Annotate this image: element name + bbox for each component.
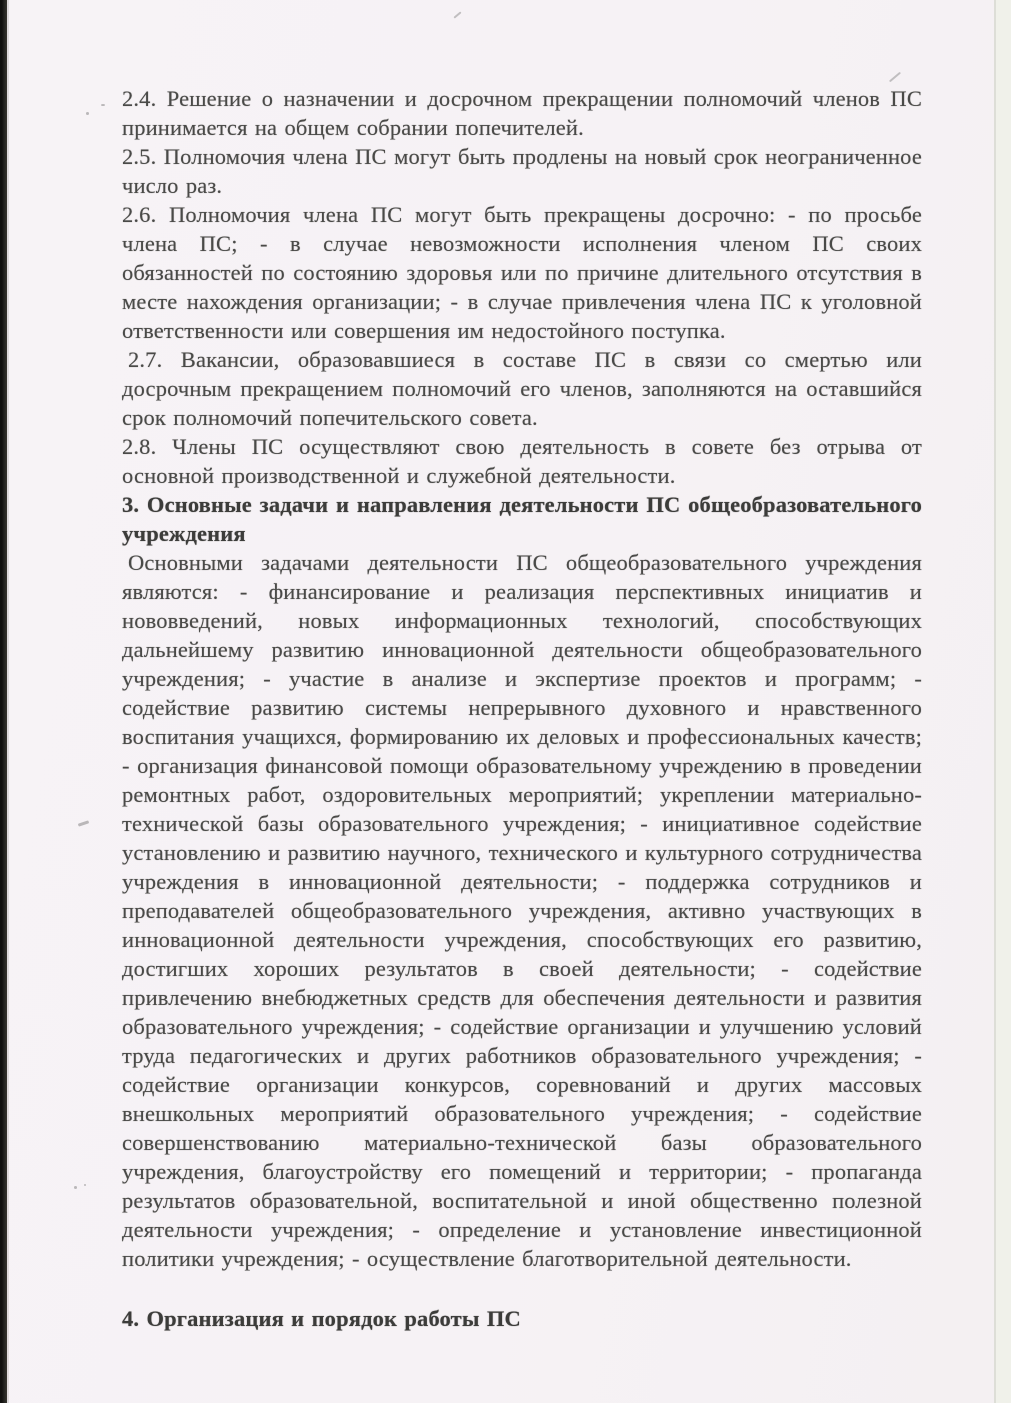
scan-right-margin: [996, 0, 1011, 1403]
paragraph-2-7: 2.7. Вакансии, образовавшиеся в составе …: [122, 345, 922, 432]
scan-artifact: [74, 1186, 77, 1189]
section-3-body: Основными задачами деятельности ПС общео…: [122, 548, 922, 1273]
scan-artifact: [453, 11, 461, 18]
document-text: 2.4. Решение о назначении и досрочном пр…: [122, 84, 922, 1333]
scan-artifact: [84, 1184, 86, 1186]
paragraph-2-5: 2.5. Полномочия члена ПС могут быть прод…: [122, 142, 922, 200]
page-binding-edge-highlight: [7, 0, 9, 1403]
section-4-heading: 4. Организация и порядок работы ПС: [122, 1304, 922, 1333]
paragraph-2-8: 2.8. Члены ПС осуществляют свою деятельн…: [122, 432, 922, 490]
paragraph-2-4: 2.4. Решение о назначении и досрочном пр…: [122, 84, 922, 142]
paragraph-2-6: 2.6. Полномочия члена ПС могут быть прек…: [122, 200, 922, 345]
page-binding-edge: [0, 0, 7, 1403]
scan-artifact: [889, 72, 901, 83]
scan-artifact: [86, 112, 89, 115]
scan-artifact: [101, 104, 105, 106]
scanned-page: 2.4. Решение о назначении и досрочном пр…: [0, 0, 1011, 1403]
scan-artifact: [78, 820, 89, 826]
section-3-heading: 3. Основные задачи и направления деятель…: [122, 490, 922, 548]
